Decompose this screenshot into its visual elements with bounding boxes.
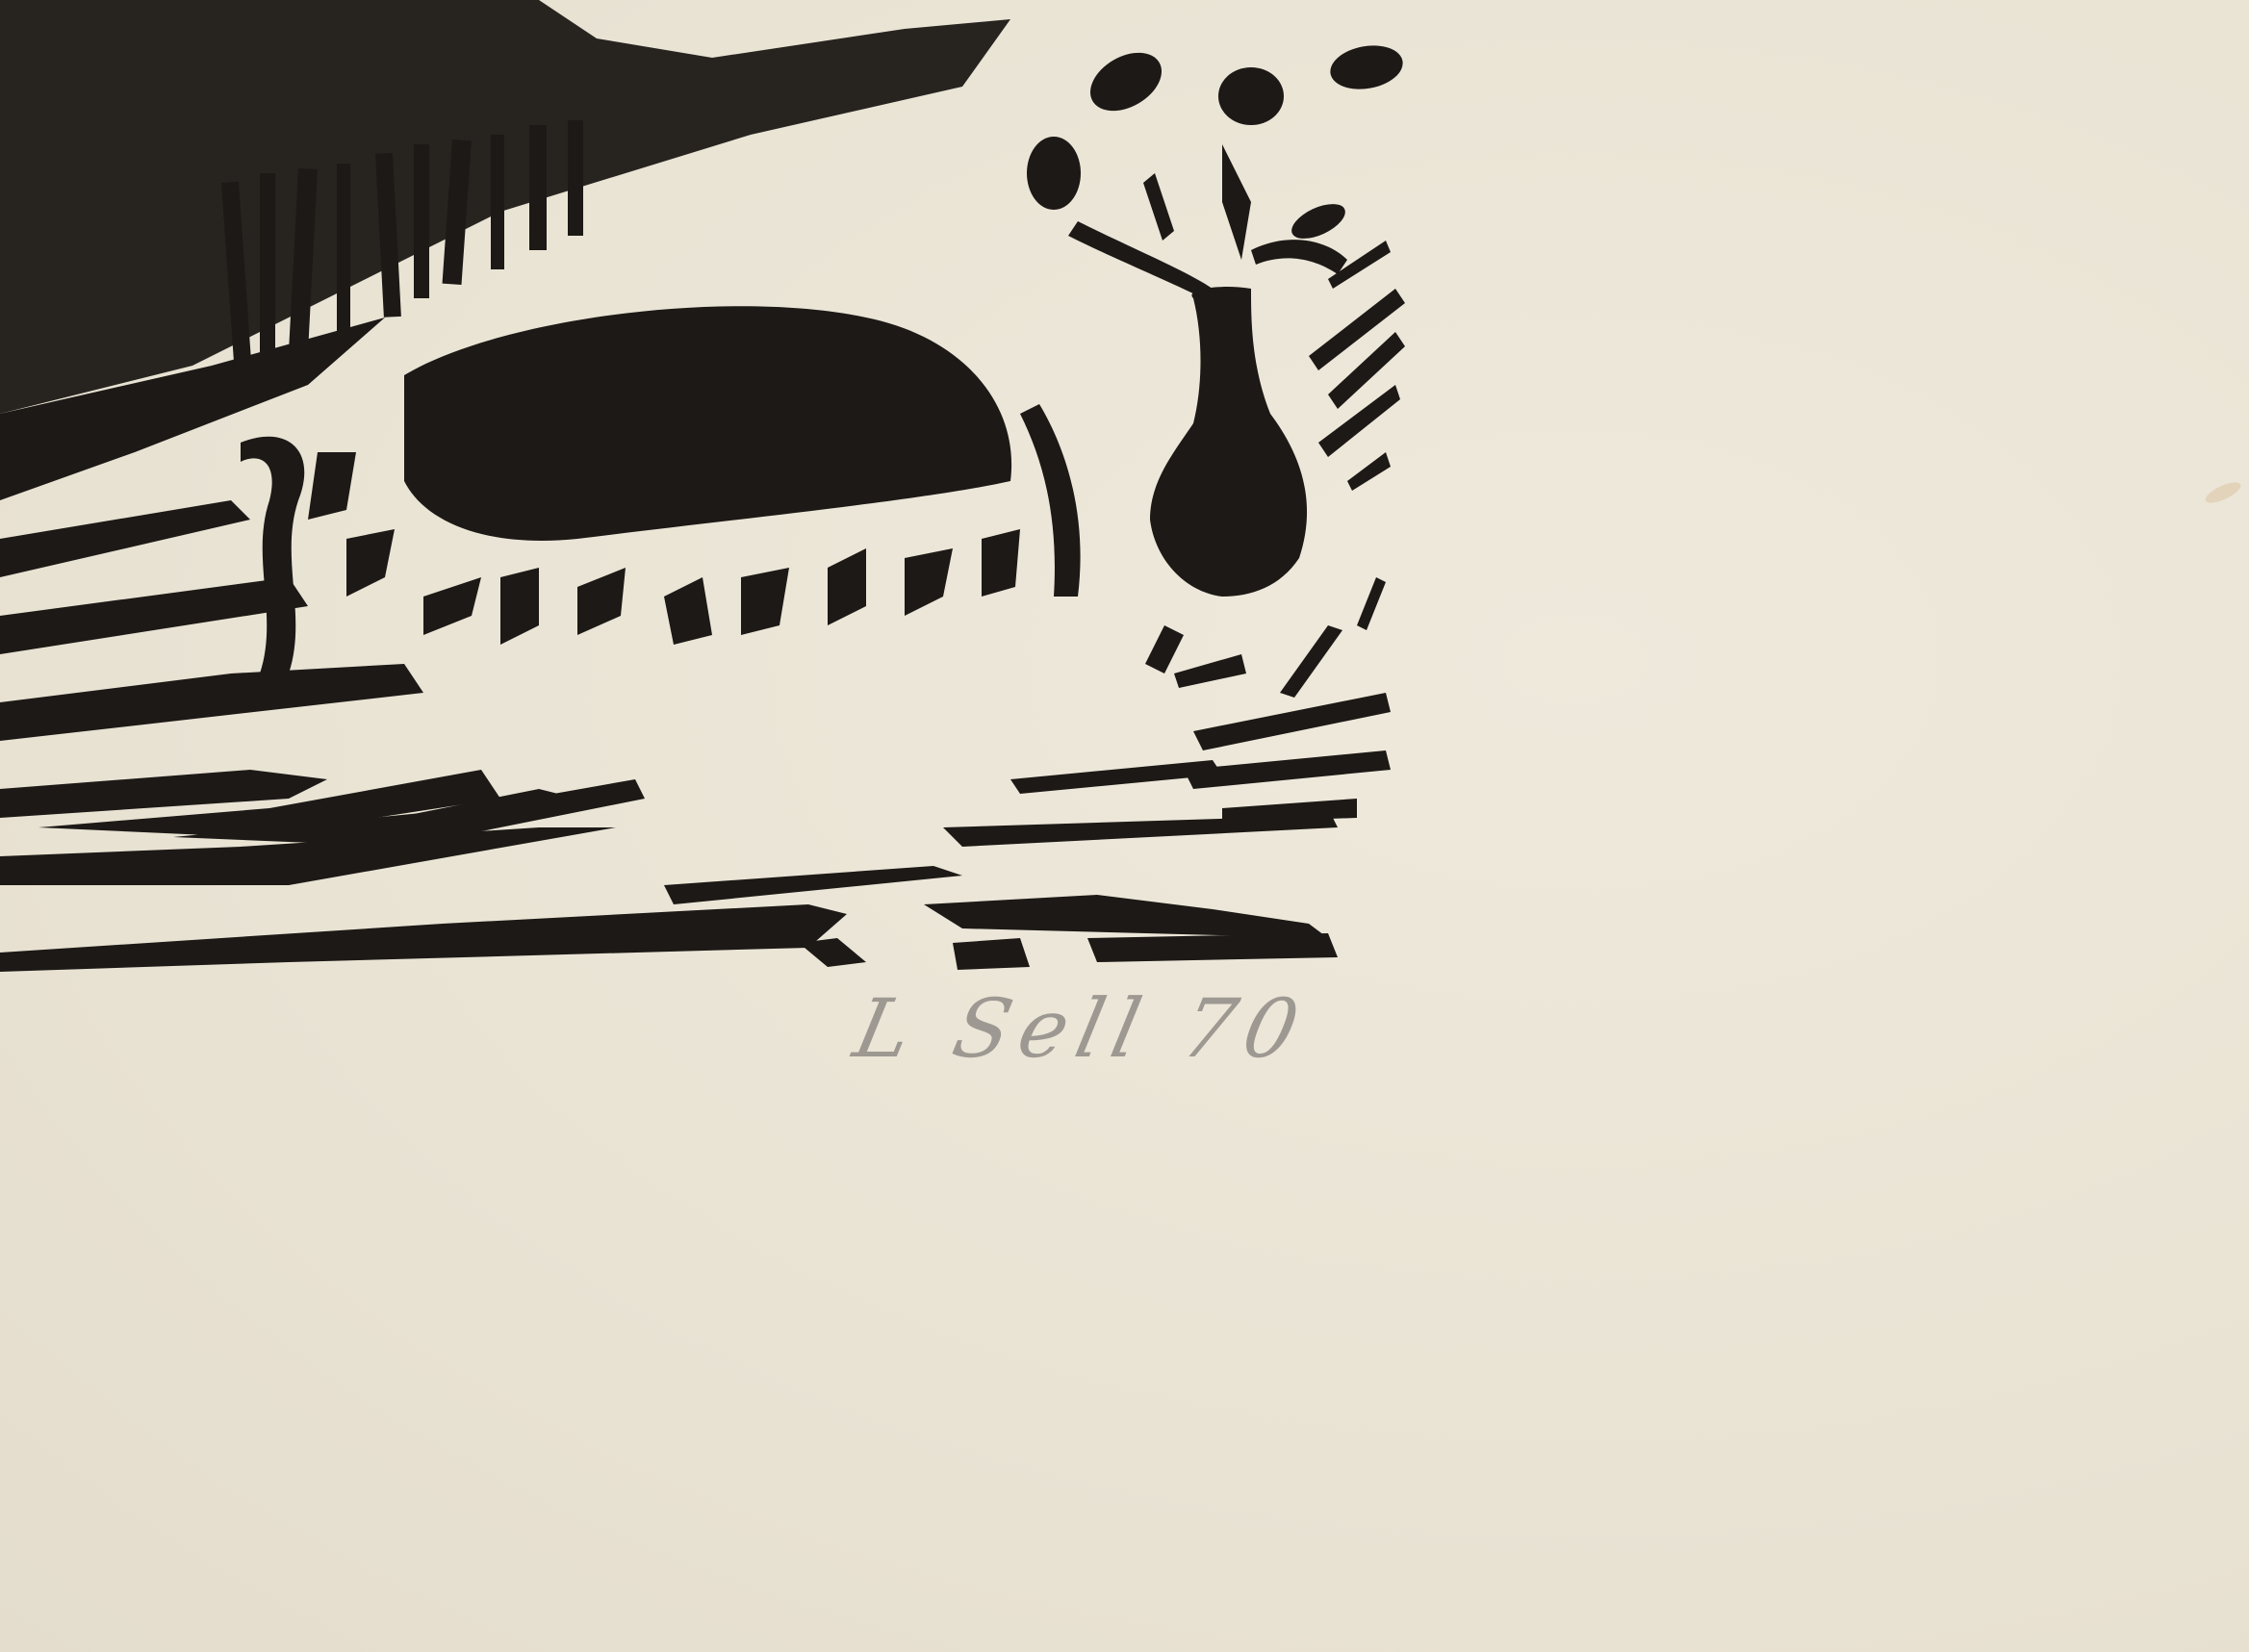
pencil-signature: L Sell 70 [847,981,1316,1076]
woodcut-print [0,0,2249,1652]
paper-sheet: L Sell 70 [0,0,2249,1652]
